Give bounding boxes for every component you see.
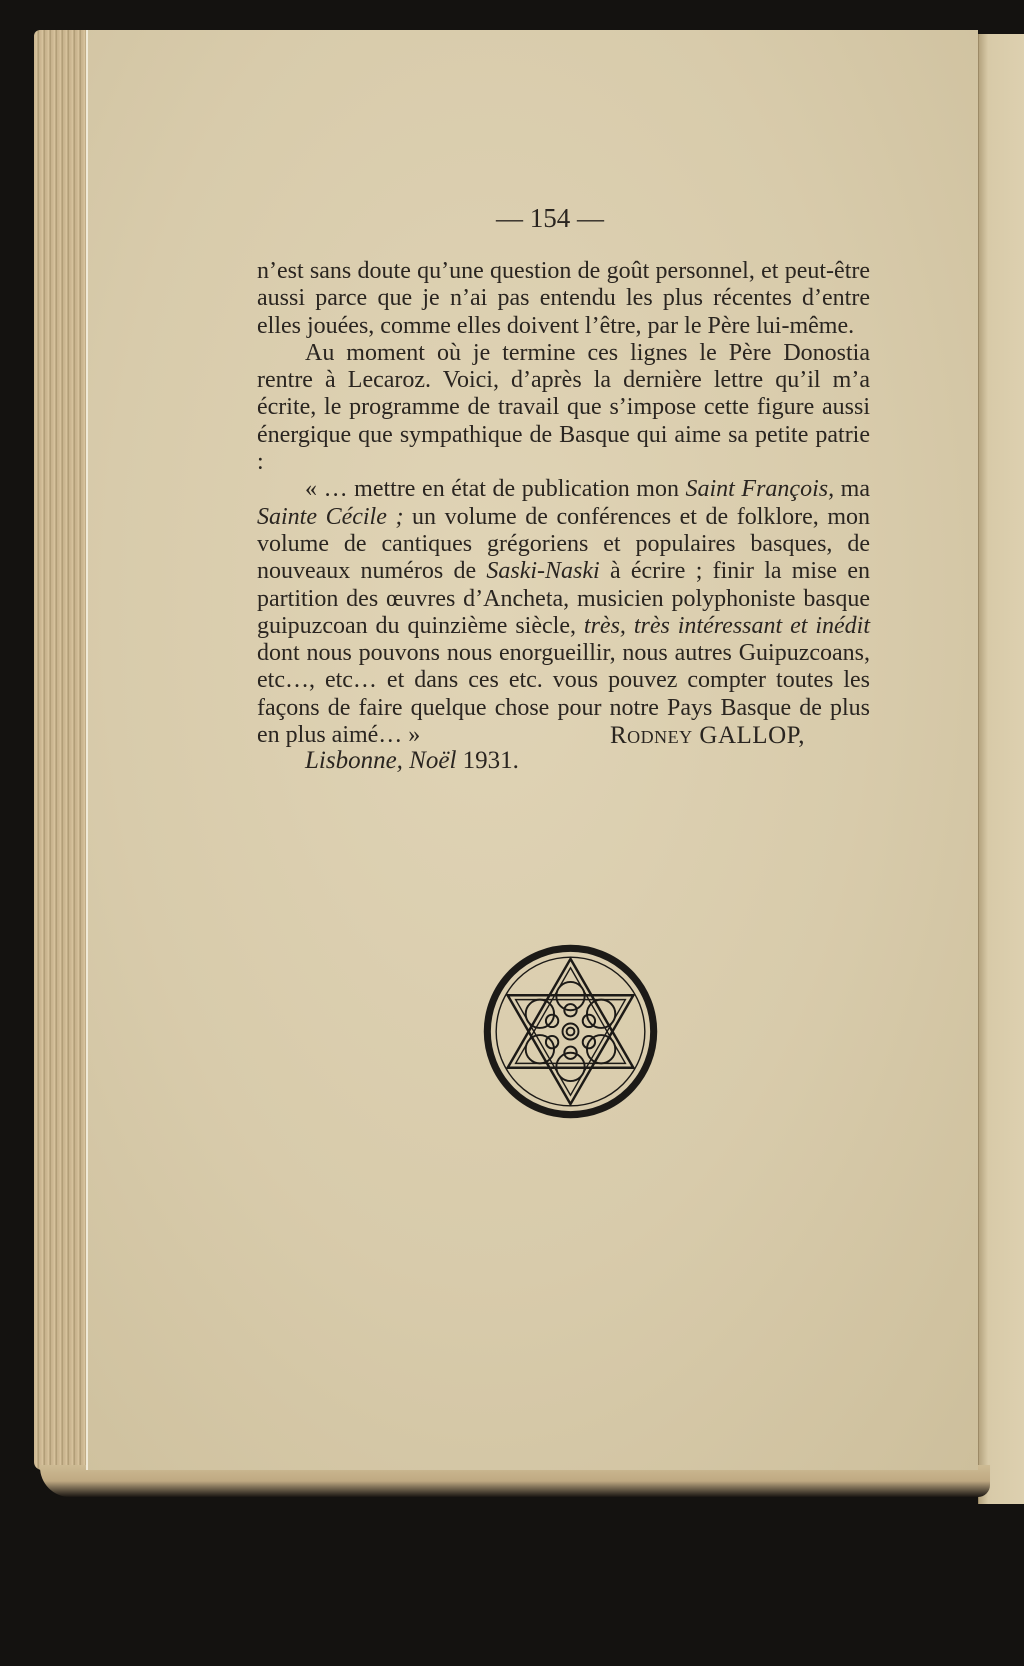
star-rosette-ornament-icon xyxy=(482,943,659,1120)
year: 1931. xyxy=(463,747,519,774)
author-last-name: GALLOP, xyxy=(699,722,805,749)
page-number: — 154 — xyxy=(38,203,1024,234)
emphasis-tres-interessant: très, très intéressant et inédit xyxy=(584,613,870,639)
place-date: Lisbonne, Noël 1931. xyxy=(305,747,519,775)
paragraph-2: Au moment où je termine ces lignes le Pè… xyxy=(257,340,870,476)
title-saski-naski: Saski-Naski xyxy=(486,558,599,584)
paragraph-1: n’est sans doute qu’une question de goût… xyxy=(257,258,870,340)
quote-paragraph: « … mettre en état de publication mon Sa… xyxy=(257,476,870,749)
title-sainte-cecile: Sainte Cécile ; xyxy=(257,504,403,530)
body-text: n’est sans doute qu’une question de goût… xyxy=(257,258,870,749)
place: Lisbonne, Noël xyxy=(305,747,456,774)
book-page xyxy=(86,30,978,1470)
author-signature: Rodney GALLOP, xyxy=(610,722,805,750)
title-saint-francois: Saint François, xyxy=(686,476,835,502)
author-first-name: Rodney xyxy=(610,722,693,749)
facing-page-edge xyxy=(978,34,1024,1504)
page-stack-edge xyxy=(34,30,94,1470)
